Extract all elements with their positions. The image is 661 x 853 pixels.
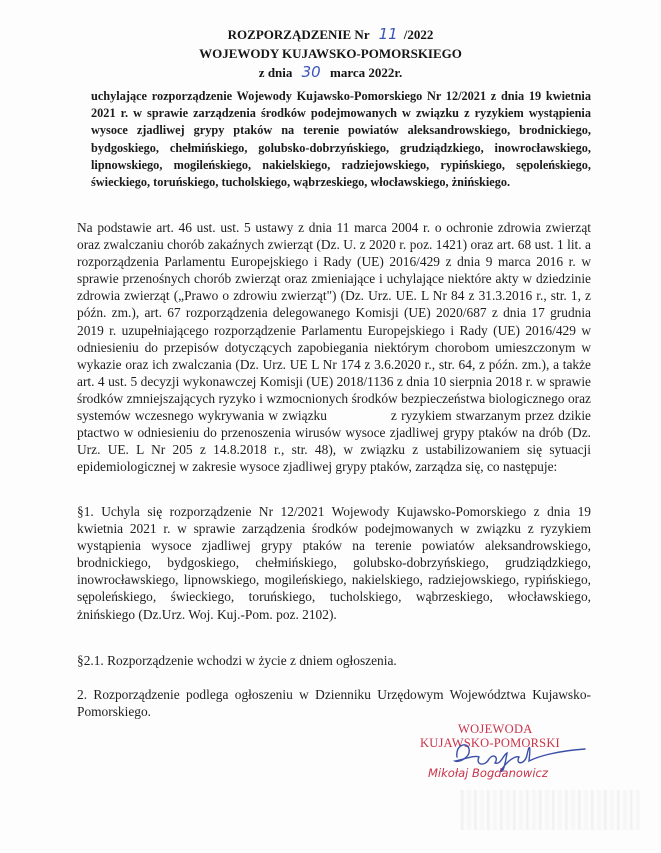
date-label: z dnia [259,65,293,80]
handwritten-regulation-number: 11 [373,25,404,44]
section-2-2-paragraph: 2. Rozporządzenie podlega ogłoszeniu w D… [77,686,591,720]
document-page: ROZPORZĄDZENIE Nr 11/2022 WOJEWODY KUJAW… [0,0,661,853]
document-header: ROZPORZĄDZENIE Nr 11/2022 WOJEWODY KUJAW… [0,25,661,82]
scan-artifact [460,790,640,830]
header-line-2: WOJEWODY KUJAWSKO-POMORSKIEGO [0,44,661,63]
regulation-year: /2022 [404,27,434,42]
section-2-1-paragraph: §2.1. Rozporządzenie wchodzi w życie z d… [77,652,591,669]
handwritten-day: 30 [296,63,327,82]
preamble-paragraph: Na podstawie art. 46 ust. ust. 5 ustawy … [77,219,591,475]
regulation-number-label: ROZPORZĄDZENIE Nr [228,27,370,42]
date-month-year: marca 2022r. [330,65,402,80]
handwritten-signature-icon [445,735,595,775]
regulation-title: uchylające rozporządzenie Wojewody Kujaw… [91,88,591,191]
header-line-3: z dnia 30 marca 2022r. [0,63,661,82]
preamble-part-1: Na podstawie art. 46 ust. ust. 5 ustawy … [77,220,591,423]
header-line-1: ROZPORZĄDZENIE Nr 11/2022 [0,25,661,44]
section-1-paragraph: §1. Uchyla się rozporządzenie Nr 12/2021… [77,503,591,623]
